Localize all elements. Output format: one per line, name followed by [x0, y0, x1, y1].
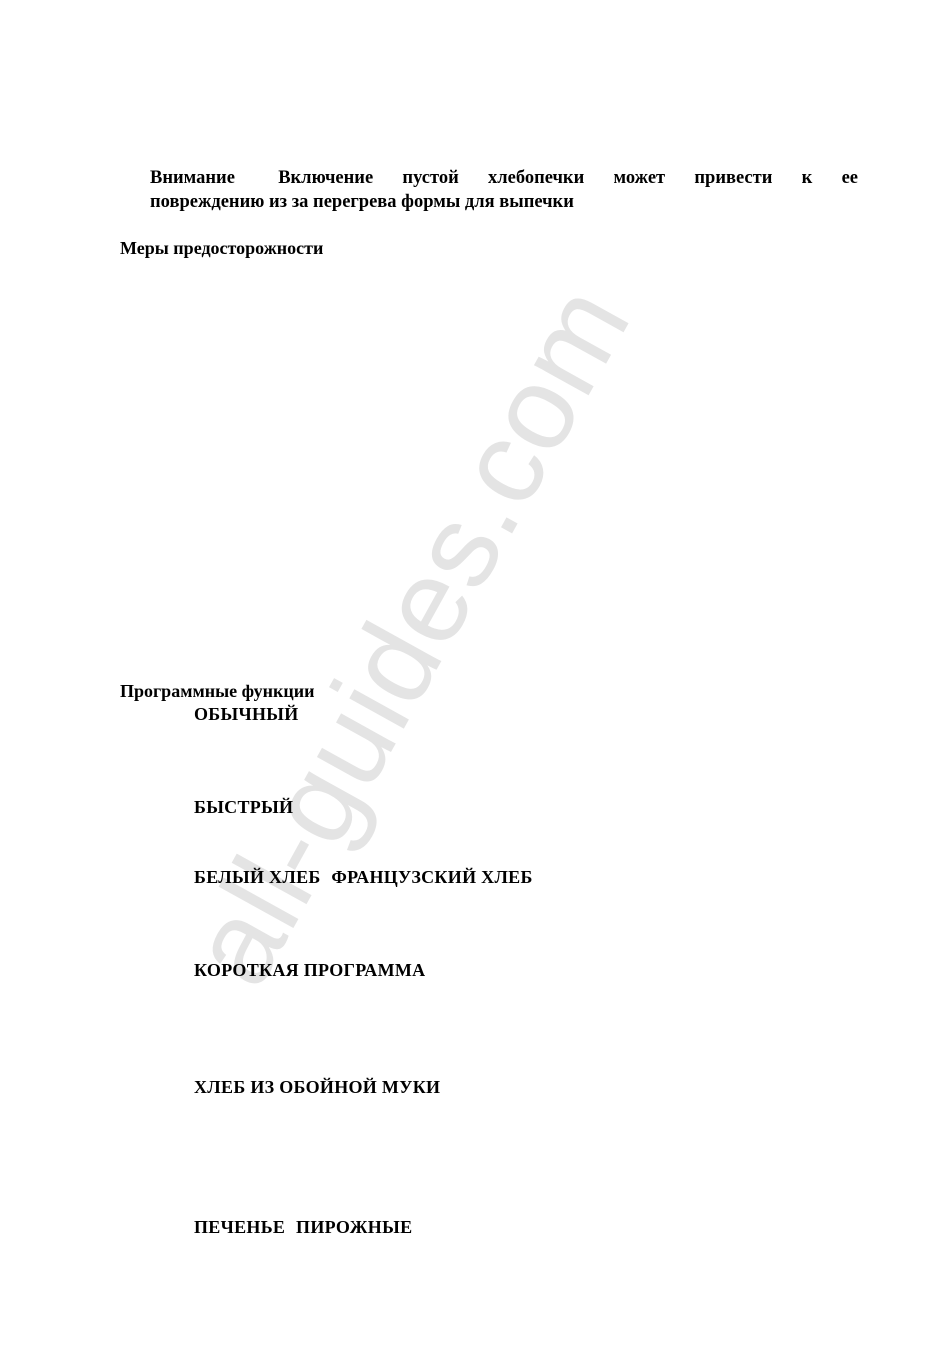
warning-text-1: Включение пустой хлебопечки может привес…	[278, 168, 858, 188]
program-item-wholemeal-bread: ХЛЕБ ИЗ ОБОЙНОЙ МУКИ	[194, 1076, 440, 1098]
program-label-secondary: ФРАНЦУЗСКИЙ ХЛЕБ	[331, 867, 532, 887]
program-item-normal: ОБЫЧНЫЙ	[194, 703, 299, 725]
program-functions-heading: Программные функции	[120, 680, 315, 702]
program-item-quick: БЫСТРЫЙ	[194, 796, 293, 818]
program-item-short-program: КОРОТКАЯ ПРОГРАММА	[194, 959, 425, 981]
program-label: КОРОТКАЯ ПРОГРАММА	[194, 960, 425, 980]
warning-text-2: повреждению из за перегрева формы для вы…	[150, 190, 858, 214]
document-page: all-guides.com Внимание Включение пустой…	[0, 0, 950, 1360]
program-label: БЕЛЫЙ ХЛЕБ	[194, 867, 321, 887]
warning-label: Внимание	[150, 168, 235, 188]
program-label: ПЕЧЕНЬЕ	[194, 1217, 285, 1237]
warning-line-1: Внимание Включение пустой хлебопечки мож…	[150, 166, 858, 190]
program-item-cookies-cakes: ПЕЧЕНЬЕ ПИРОЖНЫЕ	[194, 1216, 412, 1238]
program-item-white-french-bread: БЕЛЫЙ ХЛЕБ ФРАНЦУЗСКИЙ ХЛЕБ	[194, 866, 533, 888]
precautions-heading: Меры предосторожности	[120, 237, 323, 259]
program-label: ОБЫЧНЫЙ	[194, 704, 299, 724]
program-label: БЫСТРЫЙ	[194, 797, 293, 817]
page-content: Внимание Включение пустой хлебопечки мож…	[0, 0, 950, 1360]
warning-notice: Внимание Включение пустой хлебопечки мож…	[150, 166, 858, 214]
program-label: ХЛЕБ ИЗ ОБОЙНОЙ МУКИ	[194, 1077, 440, 1097]
program-label-secondary: ПИРОЖНЫЕ	[296, 1217, 412, 1237]
